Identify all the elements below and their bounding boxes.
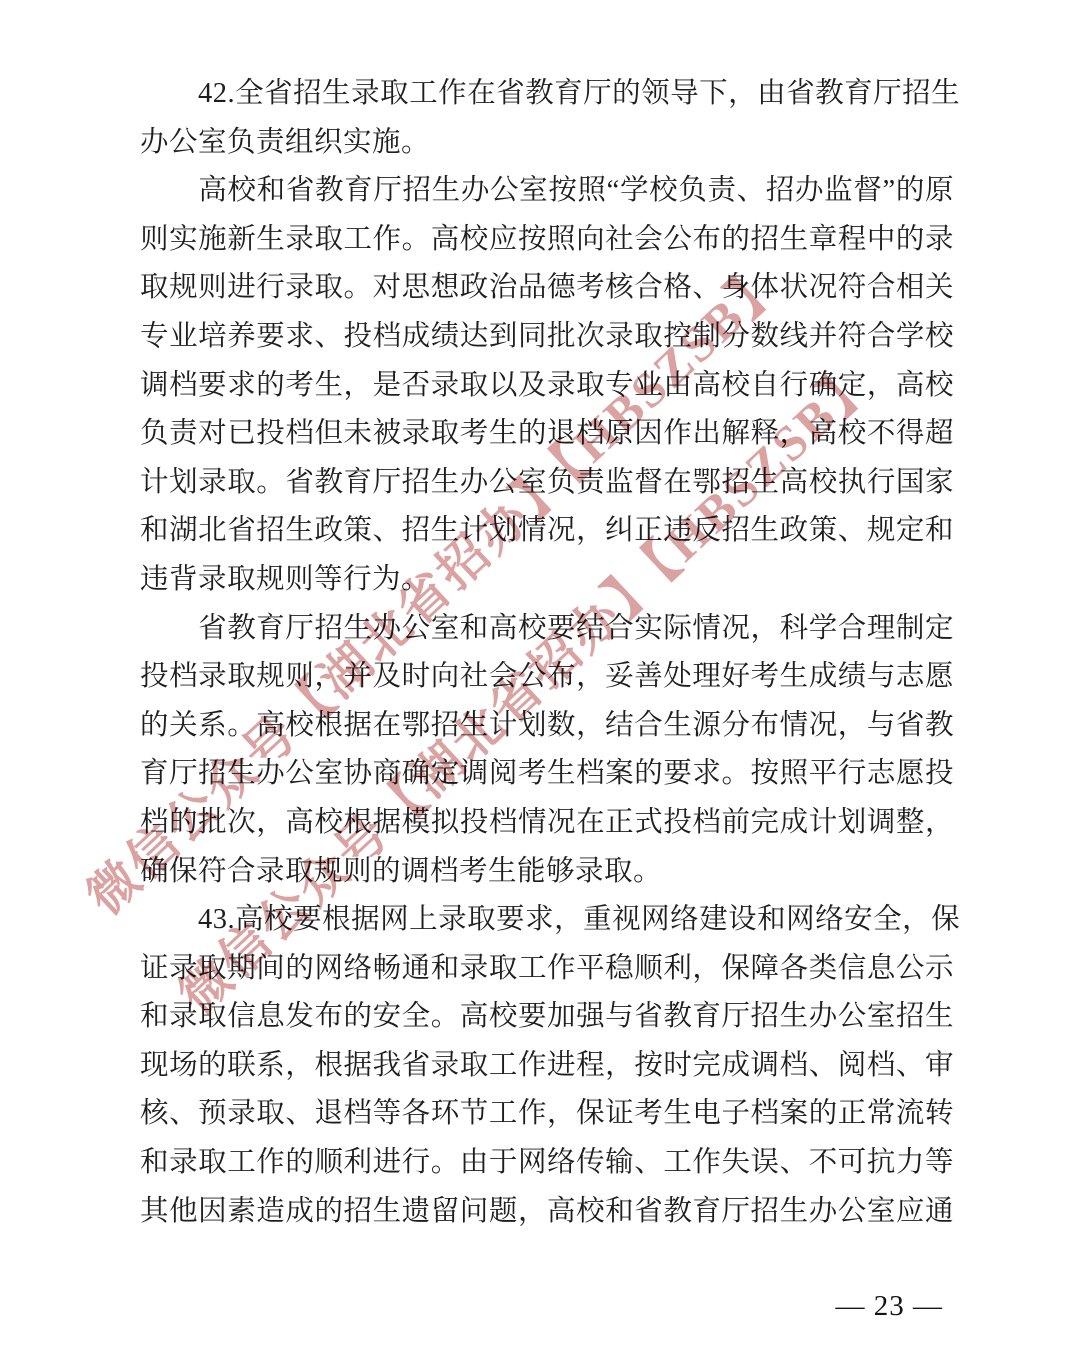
text-line: 确保符合录取规则的调档考生能够录取。: [140, 848, 954, 897]
text-line: 专业培养要求、投档成绩达到同批次录取控制分数线并符合学校: [140, 313, 954, 362]
text-line: 43.高校要根据网上录取要求，重视网络建设和网络安全，保: [140, 896, 954, 945]
text-line: 高校和省教育厅招生办公室按照“学校负责、招办监督”的原: [140, 167, 954, 216]
text-line: 档的批次，高校根据模拟投档情况在正式投档前完成计划调整，: [140, 799, 954, 848]
text-line: 负责对已投档但未被录取考生的退档原因作出解释，高校不得超: [140, 410, 954, 459]
text-line: 和录取工作的顺利进行。由于网络传输、工作失误、不可抗力等: [140, 1139, 954, 1188]
text-line: 现场的联系，根据我省录取工作进程，按时完成调档、阅档、审: [140, 1042, 954, 1091]
text-line: 取规则进行录取。对思想政治品德考核合格、身体状况符合相关: [140, 264, 954, 313]
text-line: 和录取信息发布的安全。高校要加强与省教育厅招生办公室招生: [140, 993, 954, 1042]
text-line: 则实施新生录取工作。高校应按照向社会公布的招生章程中的录: [140, 216, 954, 265]
text-line: 违背录取规则等行为。: [140, 556, 954, 605]
text-line: 的关系。高校根据在鄂招生计划数，结合生源分布情况，与省教: [140, 702, 954, 751]
text-line: 核、预录取、退档等各环节工作，保证考生电子档案的正常流转: [140, 1090, 954, 1139]
text-line: 投档录取规则，并及时向社会公布，妥善处理好考生成绩与志愿: [140, 653, 954, 702]
document-page: 42.全省招生录取工作在省教育厅的领导下，由省教育厅招生 办公室负责组织实施。 …: [0, 0, 1080, 1370]
text-line: 和湖北省招生政策、招生计划情况，纠正违反招生政策、规定和: [140, 507, 954, 556]
text-line: 调档要求的考生，是否录取以及录取专业由高校自行确定，高校: [140, 362, 954, 411]
text-line: 证录取期间的网络畅通和录取工作平稳顺利，保障各类信息公示: [140, 945, 954, 994]
text-line: 育厅招生办公室协商确定调阅考生档案的要求。按照平行志愿投: [140, 750, 954, 799]
text-line: 省教育厅招生办公室和高校要结合实际情况，科学合理制定: [140, 605, 954, 654]
text-line: 其他因素造成的招生遗留问题，高校和省教育厅招生办公室应通: [140, 1188, 954, 1237]
text-line: 计划录取。省教育厅招生办公室负责监督在鄂招生高校执行国家: [140, 459, 954, 508]
text-line: 办公室负责组织实施。: [140, 119, 954, 168]
page-number: — 23 —: [0, 1290, 943, 1323]
document-body: 42.全省招生录取工作在省教育厅的领导下，由省教育厅招生 办公室负责组织实施。 …: [140, 70, 954, 1236]
text-line: 42.全省招生录取工作在省教育厅的领导下，由省教育厅招生: [140, 70, 954, 119]
